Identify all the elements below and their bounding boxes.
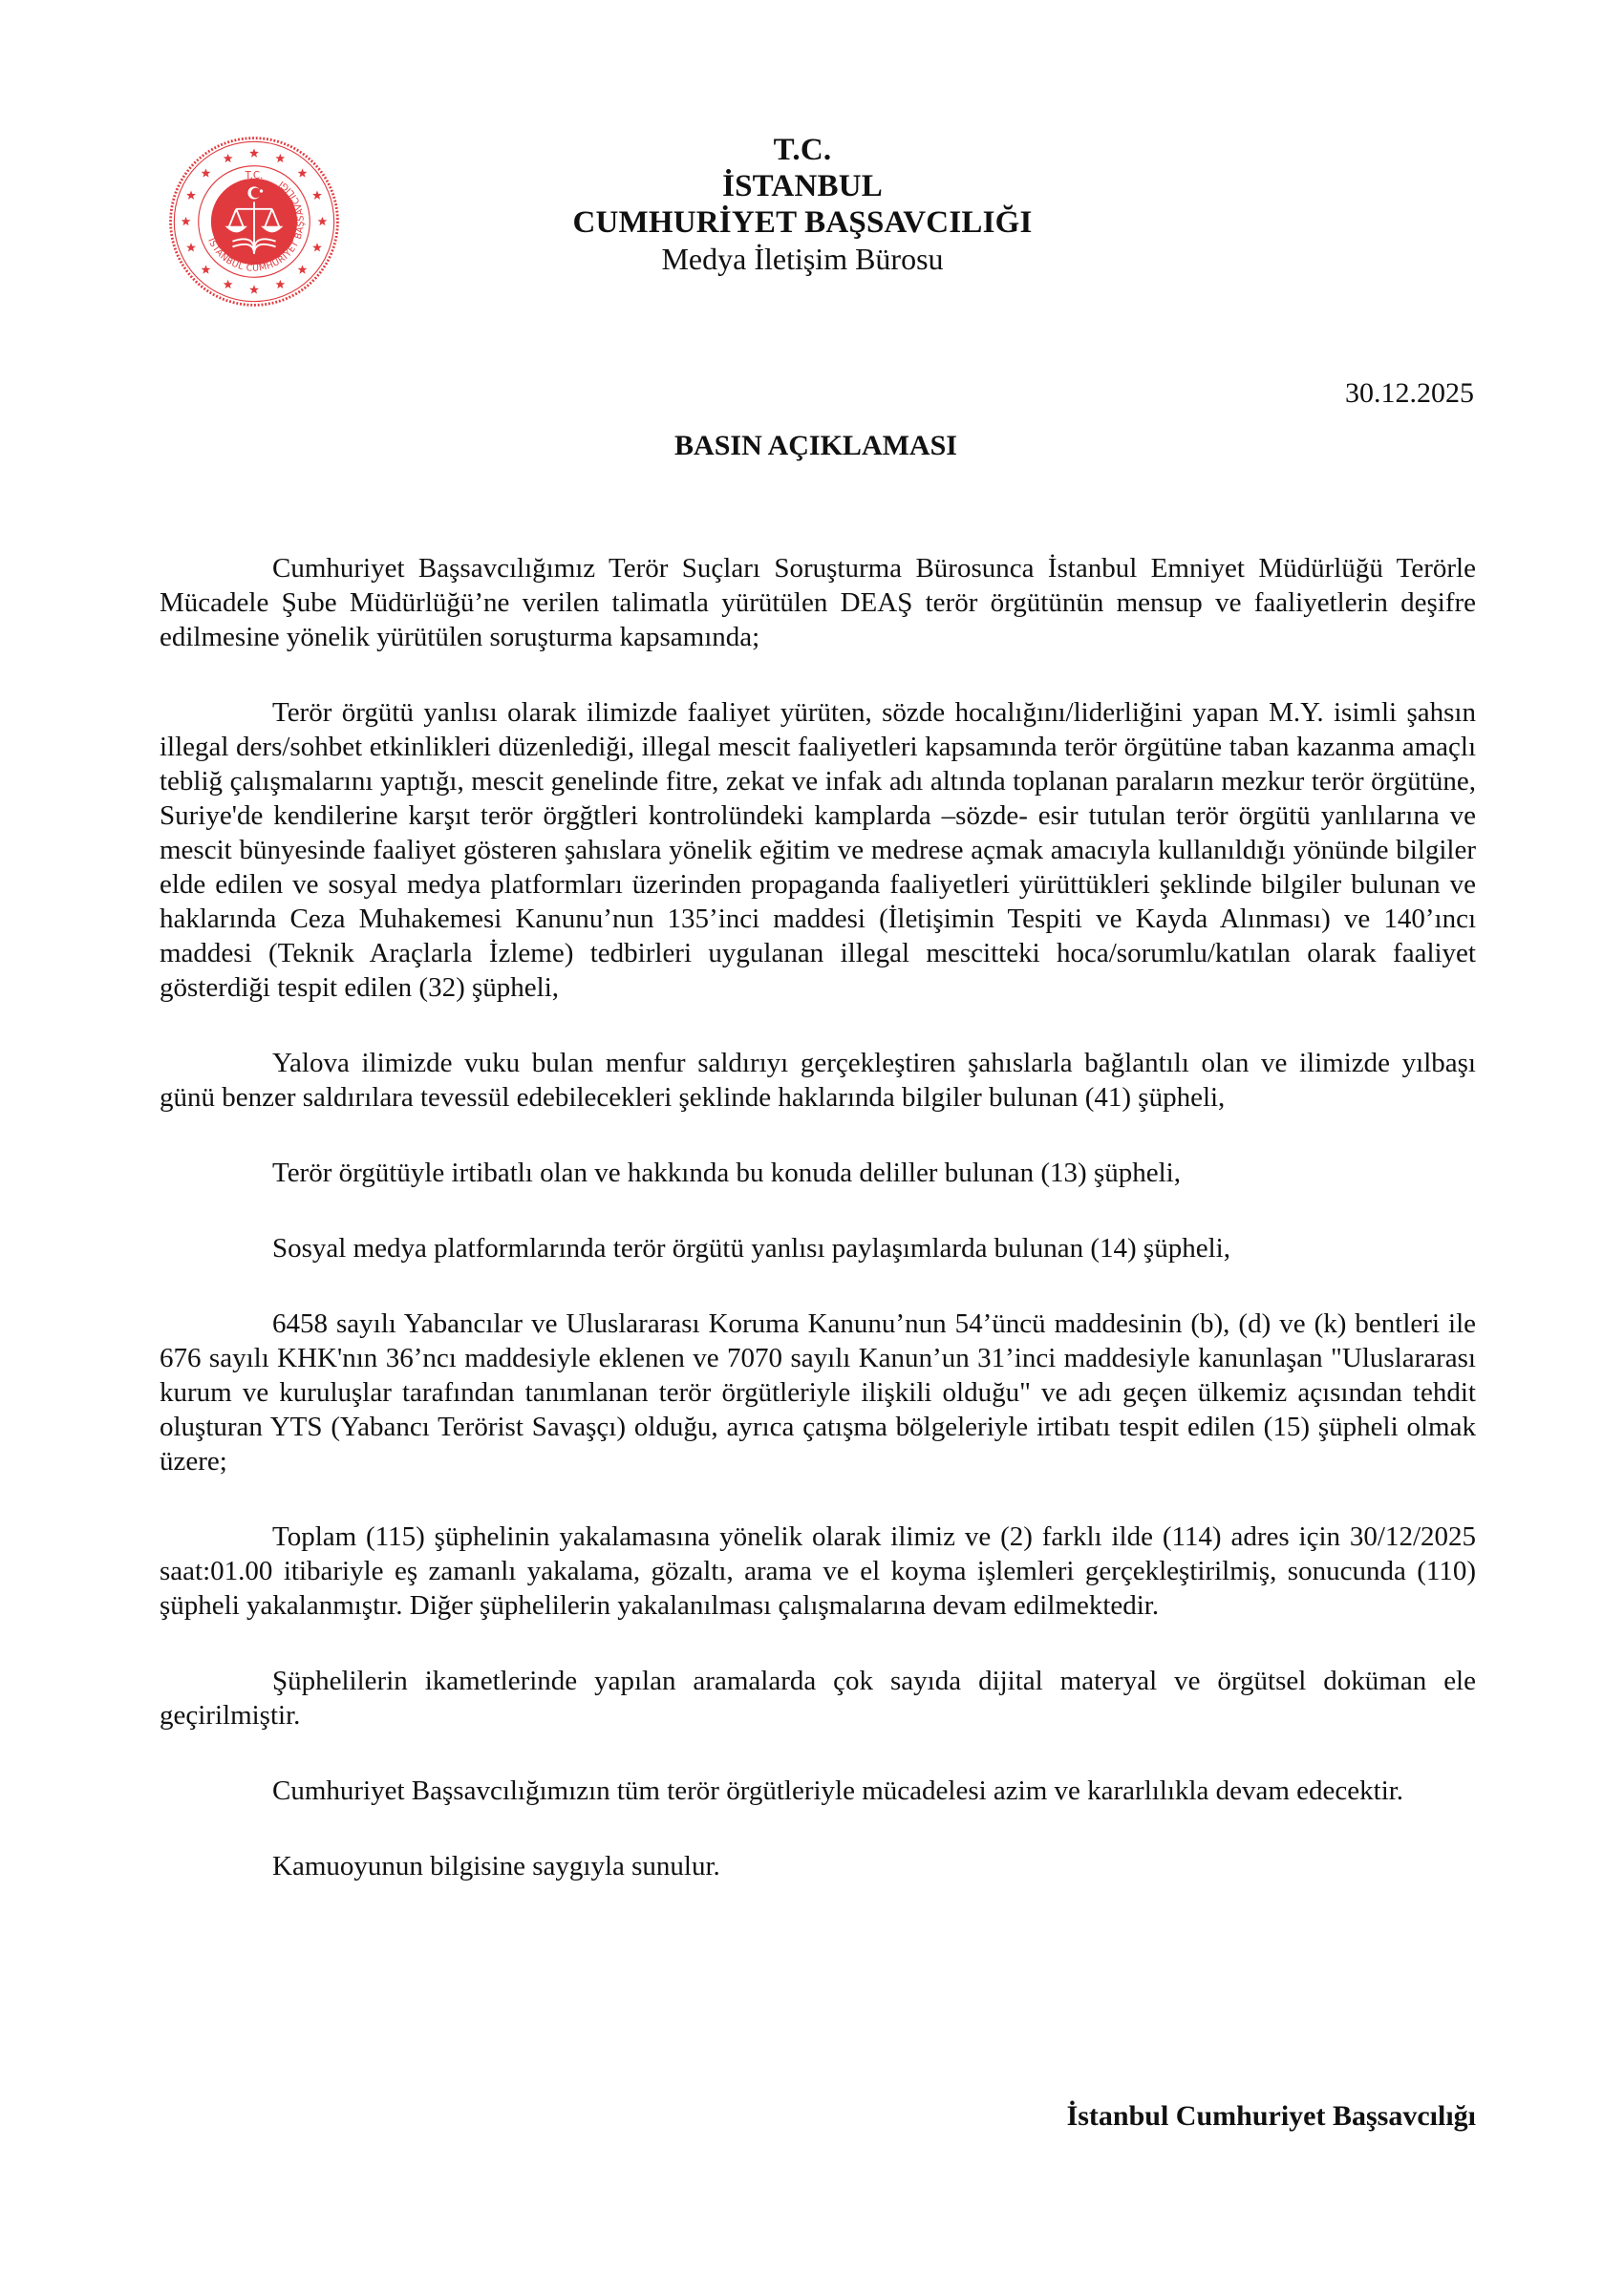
header-office: Medya İletişim Bürosu — [535, 241, 1070, 277]
document-body: Cumhuriyet Başsavcılığımız Terör Suçları… — [160, 551, 1476, 1924]
header-city: İSTANBUL — [535, 168, 1070, 204]
paragraph: 6458 sayılı Yabancılar ve Uluslararası K… — [160, 1307, 1476, 1478]
document-date: 30.12.2025 — [1345, 376, 1474, 411]
paragraph: Şüphelilerin ikametlerinde yapılan arama… — [160, 1664, 1476, 1733]
document-header: T.C. İSTANBUL CUMHURİYET BAŞSAVCILIĞI Me… — [535, 132, 1070, 277]
paragraph: Cumhuriyet Başsavcılığımızın tüm terör ö… — [160, 1774, 1476, 1808]
paragraph: Terör örgütü yanlısı olarak ilimizde faa… — [160, 695, 1476, 1005]
paragraph: Terör örgütüyle irtibatlı olan ve hakkın… — [160, 1156, 1476, 1190]
header-country: T.C. — [535, 132, 1070, 168]
paragraph: Cumhuriyet Başsavcılığımız Terör Suçları… — [160, 551, 1476, 654]
paragraph: Sosyal medya platformlarında terör örgüt… — [160, 1231, 1476, 1265]
document-title: BASIN AÇIKLAMASI — [0, 429, 1624, 463]
prosecutor-seal-logo: T.C. İSTANBUL CUMHURİYET BAŞSAVCILIĞI — [164, 132, 344, 311]
svg-text:T.C.: T.C. — [245, 170, 264, 181]
paragraph: Toplam (115) şüphelinin yakalamasına yön… — [160, 1520, 1476, 1623]
header-institution: CUMHURİYET BAŞSAVCILIĞI — [535, 204, 1070, 241]
signature: İstanbul Cumhuriyet Başsavcılığı — [1067, 2099, 1476, 2134]
paragraph: Yalova ilimizde vuku bulan menfur saldır… — [160, 1046, 1476, 1115]
paragraph: Kamuoyunun bilgisine saygıyla sunulur. — [160, 1849, 1476, 1883]
istanbul-chief-prosecutor-seal-icon: T.C. İSTANBUL CUMHURİYET BAŞSAVCILIĞI — [164, 132, 344, 311]
